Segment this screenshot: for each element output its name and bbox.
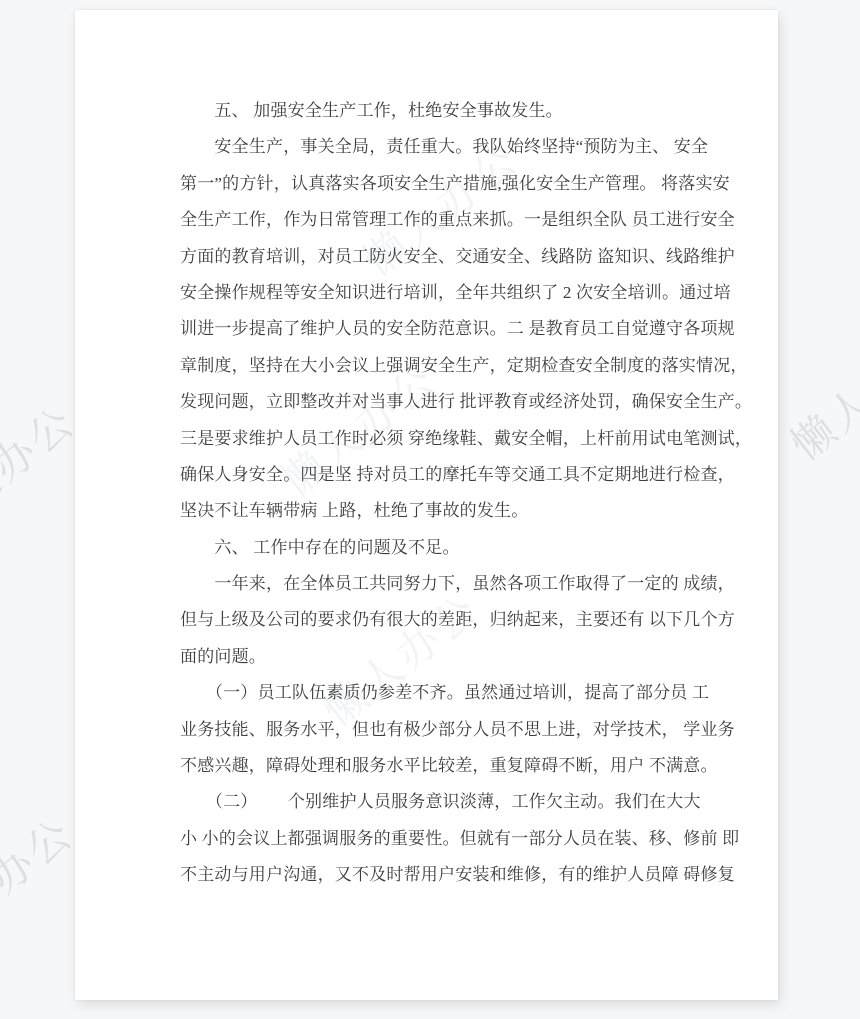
watermark-text: 懒人办公 (0, 802, 85, 963)
text-line: 坚决不让车辆带病 上路，杜绝了事故的发生。 (180, 493, 692, 529)
text-line: （二） 个别维护人员服务意识淡薄，工作欠主动。我们在大大 (180, 784, 692, 820)
document-body: 五、 加强安全生产工作，杜绝安全事故发生。 安全生产，事关全局，责任重大。我队始… (180, 93, 692, 894)
text-line: 三是要求维护人员工作时必须 穿绝缘鞋、戴安全帽，上杆前用试电笔测试， (180, 421, 692, 457)
text-line: 业务技能、服务水平，但也有极少部分人员不思上进，对学技术， 学业务 (180, 712, 692, 748)
text-line: 安全操作规程等安全知识进行培训，全年共组织了 2 次安全培训。通过培 (180, 275, 692, 311)
watermark-text: 懒人办公 (0, 390, 87, 551)
watermark-text: 懒人办公 (777, 312, 860, 473)
text-line: 不主动与用户沟通，又不及时帮用户安装和维修，有的维护人员障 碍修复 (180, 857, 692, 893)
text-line: 章制度，坚持在大小会议上强调安全生产，定期检查安全制度的落实情况， (180, 348, 692, 384)
document-viewer-background: 五、 加强安全生产工作，杜绝安全事故发生。 安全生产，事关全局，责任重大。我队始… (0, 0, 860, 1019)
text-line: 训进一步提高了维护人员的安全防范意识。二 是教育员工自觉遵守各项规 (180, 311, 692, 347)
text-line: 全生产工作，作为日常管理工作的重点来抓。一是组织全队 员工进行安全 (180, 202, 692, 238)
text-line: 一年来，在全体员工共同努力下，虽然各项工作取得了一定的 成绩， (180, 566, 692, 602)
text-line: 安全生产，事关全局，责任重大。我队始终坚持“预防为主、 安全 (180, 129, 692, 165)
document-page: 五、 加强安全生产工作，杜绝安全事故发生。 安全生产，事关全局，责任重大。我队始… (75, 10, 778, 1000)
text-line: 发现问题，立即整改并对当事人进行 批评教育或经济处罚，确保安全生产。 (180, 384, 692, 420)
text-line: 小 小的会议上都强调服务的重要性。但就有一部分人员在装、移、修前 即 (180, 821, 692, 857)
text-line: （一）员工队伍素质仍参差不齐。虽然通过培训，提高了部分员 工 (180, 675, 692, 711)
text-line: 不感兴趣，障碍处理和服务水平比较差，重复障碍不断，用户 不满意。 (180, 748, 692, 784)
text-line: 但与上级及公司的要求仍有很大的差距，归纳起来，主要还有 以下几个方 (180, 602, 692, 638)
text-line: 确保人身安全。四是坚 持对员工的摩托车等交通工具不定期地进行检查， (180, 457, 692, 493)
text-line: 方面的教育培训，对员工防火安全、交通安全、线路防 盗知识、线路维护 (180, 239, 692, 275)
text-line: 六、 工作中存在的问题及不足。 (180, 530, 692, 566)
text-line: 面的问题。 (180, 639, 692, 675)
text-line: 第一”的方针，认真落实各项安全生产措施,强化安全生产管理。 将落实安 (180, 166, 692, 202)
text-line: 五、 加强安全生产工作，杜绝安全事故发生。 (180, 93, 692, 129)
